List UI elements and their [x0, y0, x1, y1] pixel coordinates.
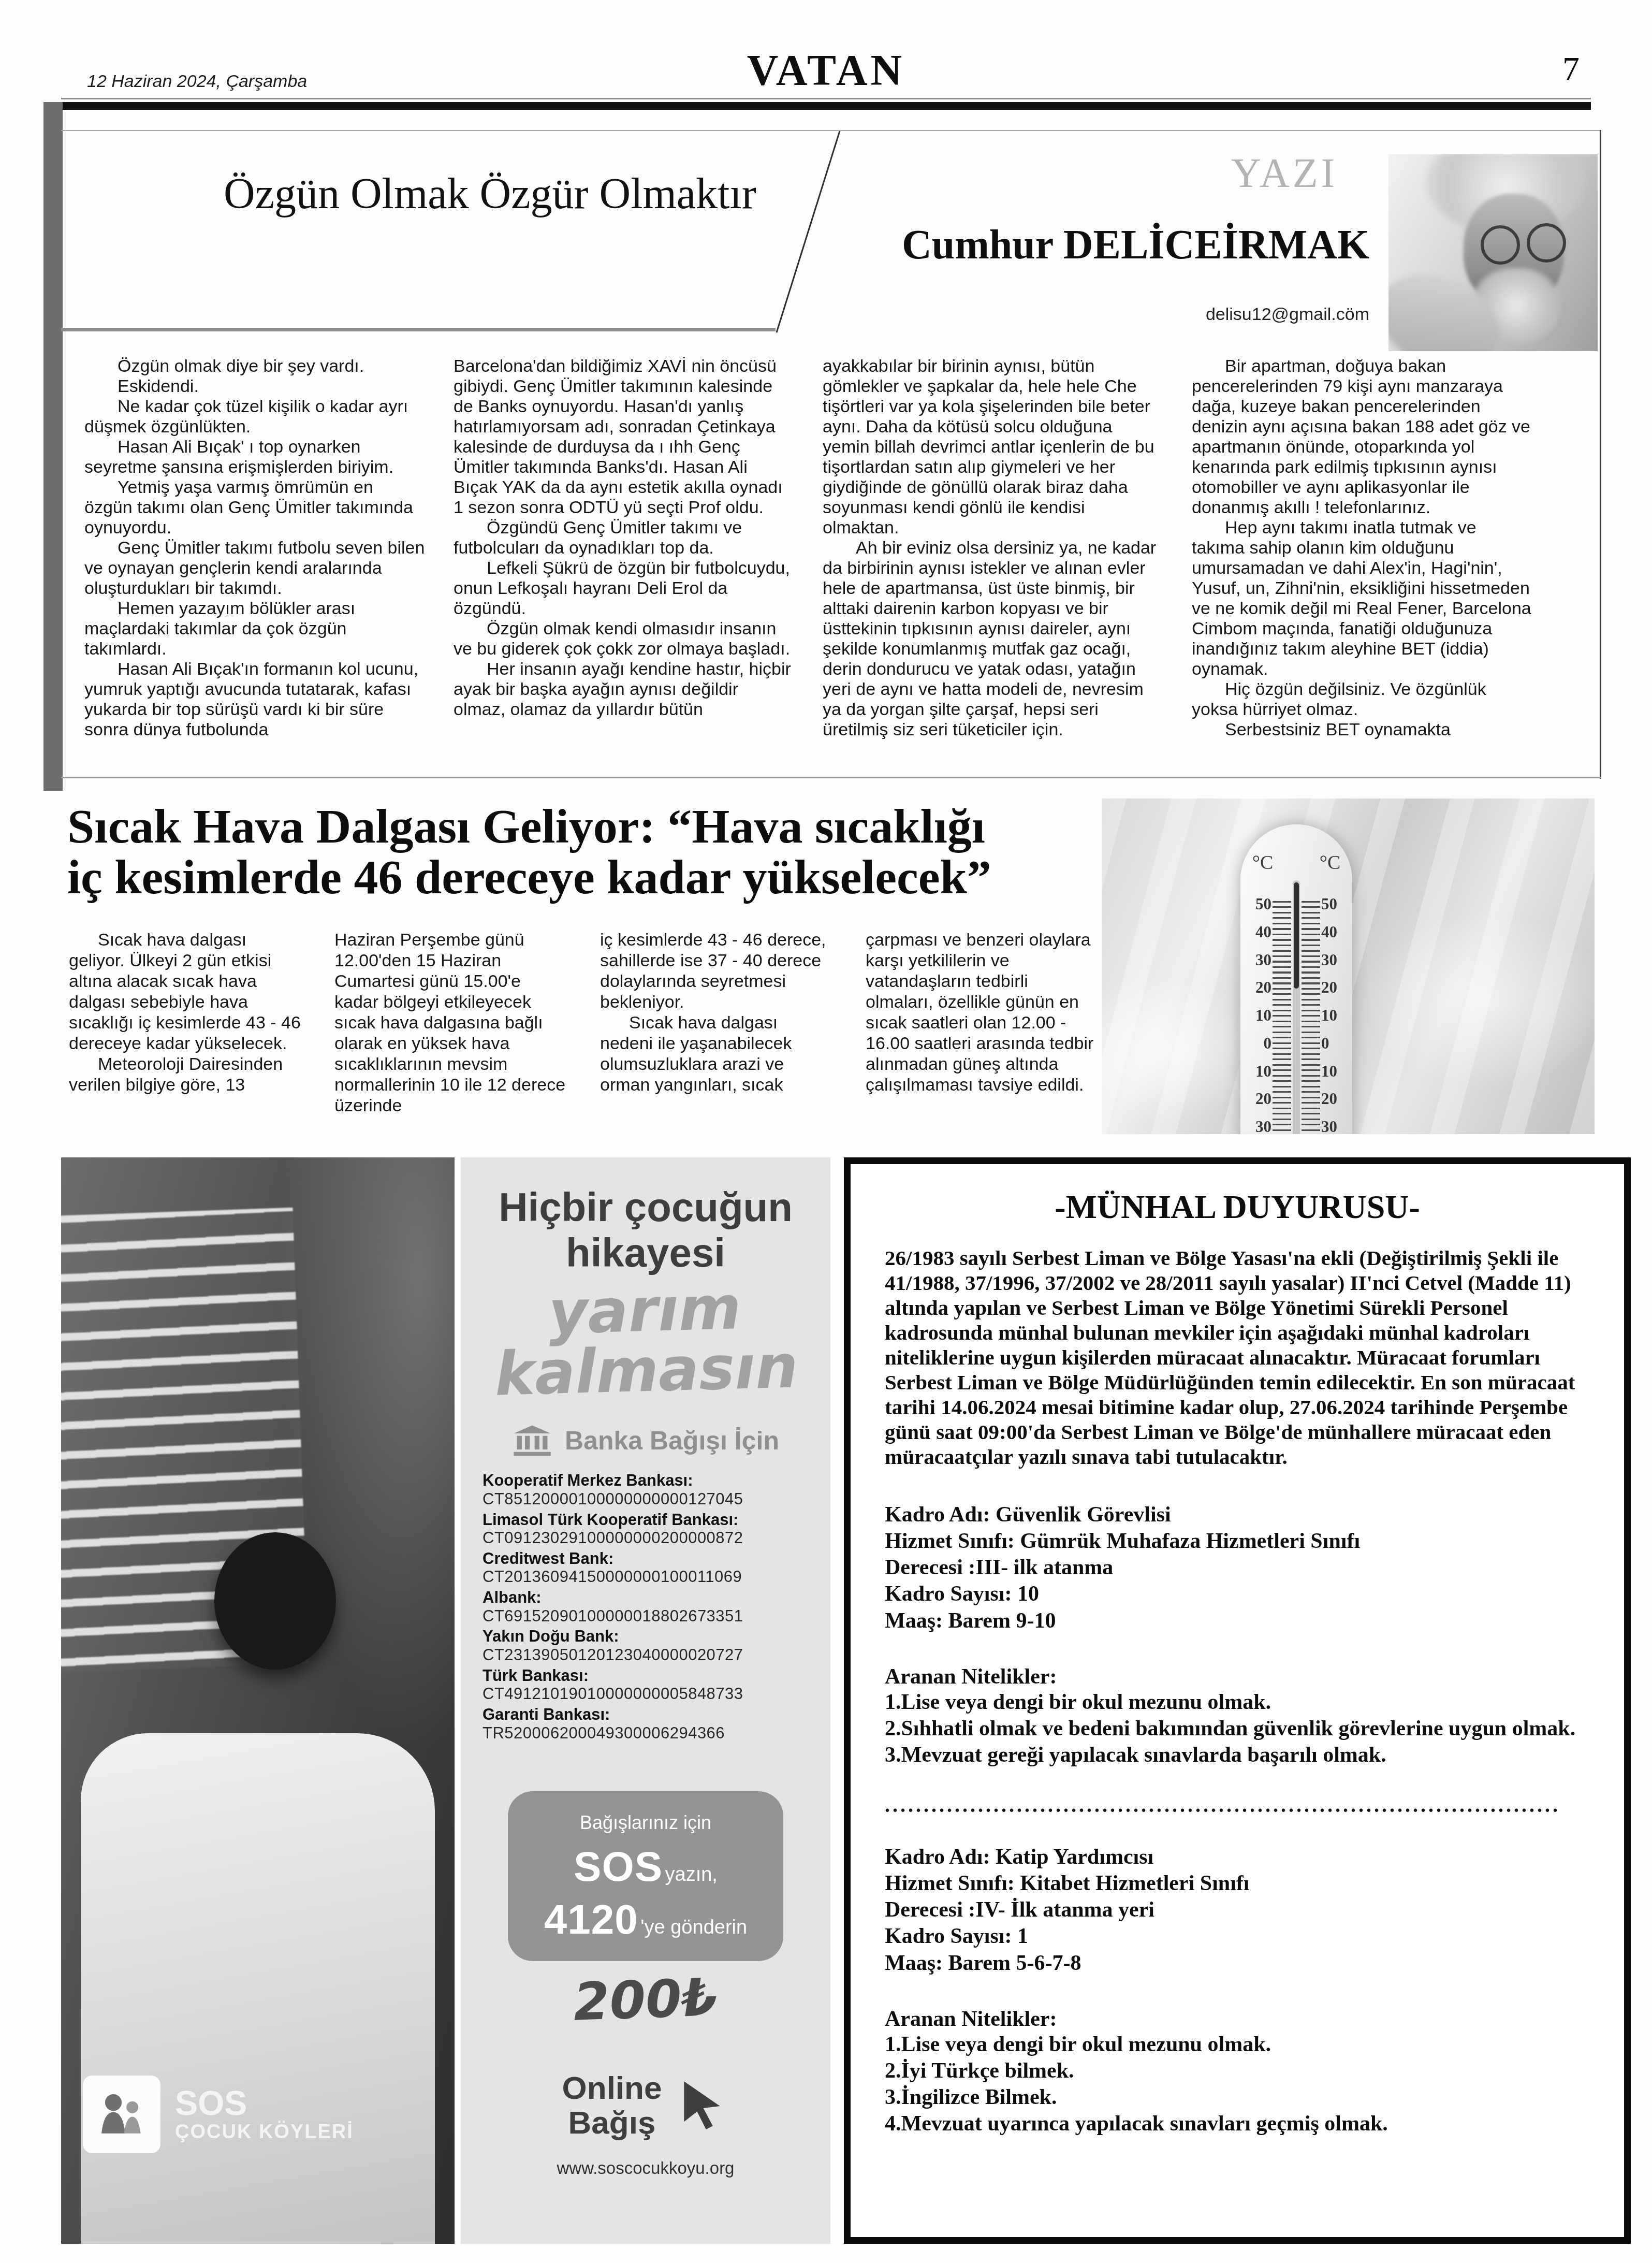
- celsius-label: °C: [1312, 851, 1348, 874]
- scale-number: 20: [1242, 978, 1271, 997]
- dotted-divider: ........................................…: [885, 1793, 1590, 1817]
- sos-cocuk-koyleri-logo: SOS ÇOCUK KÖYLERİ: [83, 2076, 354, 2153]
- job-detail-line: Hizmet Sınıfı: Gümrük Muhafaza Hizmetler…: [885, 1528, 1590, 1555]
- bank-account-number: CT23139050120123040000020727: [483, 1646, 809, 1664]
- heatwave-column-3: iç kesimlerde 43 - 46 derece, sahillerde…: [600, 930, 834, 1095]
- thermometer-mercury: [1294, 882, 1299, 989]
- paragraph: Sıcak hava dalgası geliyor. Ülkeyi 2 gün…: [69, 930, 303, 1054]
- paragraph: Her insanın ayağı kendine hastır, hiçbir…: [454, 659, 794, 720]
- paragraph: Ah bir eviniz olsa dersiniz ya, ne kadar…: [823, 538, 1163, 740]
- heatwave-headline: Sıcak Hava Dalgası Geliyor: “Hava sıcakl…: [67, 802, 1103, 903]
- author-photo: [1388, 154, 1598, 351]
- scale-number: 30: [1321, 1118, 1350, 1134]
- bank-name: Türk Bankası:: [483, 1666, 809, 1685]
- bank-account-item: Yakın Doğu Bank: CT231390501201230400000…: [483, 1627, 809, 1664]
- opinion-kicker: YAZI: [1231, 150, 1338, 197]
- online-donation-row: Online Bağış: [461, 2071, 830, 2141]
- opinion-author: Cumhur DELİCEİRMAK: [725, 222, 1369, 269]
- job-detail-line: Hizmet Sınıfı: Kitabet Hizmetleri Sınıfı: [885, 1870, 1590, 1897]
- thermometer-tube: °C °C 50403020100102030 5040302010010203…: [1240, 824, 1352, 1134]
- paragraph: Barcelona'dan bildiğimiz XAVİ nin öncüsü…: [454, 356, 794, 518]
- heatwave-column-2: Haziran Perşembe günü 12.00'den 15 Hazir…: [334, 930, 568, 1116]
- announcement-body: 26/1983 sayılı Serbest Liman ve Bölge Ya…: [885, 1246, 1590, 1470]
- paragraph: Hep aynı takımı inatla tutmak ve takıma …: [1192, 518, 1532, 679]
- paragraph: Özgün olmak kendi olmasıdır insanın ve b…: [454, 619, 794, 659]
- ad-headline-script: yarım kalmasın: [461, 1276, 830, 1406]
- paragraph: Hasan Ali Bıçak' ı top oynarken seyretme…: [84, 437, 425, 477]
- job-detail-line: Kadro Sayısı: 1: [885, 1923, 1590, 1950]
- job-2-requirements-title: Aranan Nitelikler:: [885, 2007, 1590, 2032]
- scale-number: 10: [1321, 1006, 1350, 1025]
- bank-account-item: Limasol Türk Kooperatif Bankası: CT09123…: [483, 1511, 809, 1547]
- requirement-line: 1.Lise veya dengi bir okul mezunu olmak.: [885, 2032, 1590, 2058]
- opinion-top-rule: [61, 130, 1601, 131]
- bank-account-number: CT09123029100000000200000872: [483, 1529, 809, 1547]
- bank-account-item: Garanti Bankası: TR520006200049300006294…: [483, 1705, 809, 1742]
- paragraph: Eskidendi.: [84, 376, 425, 397]
- paragraph: Sıcak hava dalgası nedeni ile yaşanabile…: [600, 1012, 834, 1095]
- job-detail-line: Maaş: Barem 5-6-7-8: [885, 1950, 1590, 1977]
- scale-numbers-right: 50403020100102030: [1321, 895, 1350, 1134]
- opinion-column-4: Bir apartman, doğuya bakan pencerelerind…: [1192, 356, 1532, 740]
- scale-number: 10: [1321, 1062, 1350, 1081]
- bank-donation-heading: Banka Bağışı İçin: [461, 1425, 830, 1457]
- scale-number: 20: [1321, 1090, 1350, 1108]
- vacancy-announcement-box: -MÜNHAL DUYURUSU- 26/1983 sayılı Serbest…: [844, 1157, 1631, 2244]
- sms-keyword-suffix: yazın,: [665, 1864, 718, 1885]
- header-rule-thin: [61, 98, 1591, 99]
- sms-intro: Bağışlarınız için: [516, 1812, 775, 1834]
- sos-children-villages-icon: [83, 2076, 160, 2153]
- opinion-column-2: Barcelona'dan bildiğimiz XAVİ nin öncüsü…: [454, 356, 794, 720]
- paragraph: Haziran Perşembe günü 12.00'den 15 Hazir…: [334, 930, 568, 1116]
- job-detail-line: Kadro Sayısı: 10: [885, 1581, 1590, 1607]
- celsius-label: °C: [1245, 851, 1281, 874]
- paragraph: iç kesimlerde 43 - 46 derece, sahillerde…: [600, 930, 834, 1012]
- bank-name: Garanti Bankası:: [483, 1705, 809, 1724]
- opinion-column-3: ayakkabılar bir birinin aynısı, bütün gö…: [823, 356, 1163, 740]
- bank-account-item: Kooperatif Merkez Bankası: CT85120000100…: [483, 1471, 809, 1508]
- sos-logo-subtitle: ÇOCUK KÖYLERİ: [175, 2121, 354, 2143]
- paragraph: Hasan Ali Bıçak'ın formanın kol ucunu, y…: [84, 659, 425, 740]
- scale-number: 50: [1242, 895, 1271, 913]
- job-1-requirements: 1.Lise veya dengi bir okul mezunu olmak.…: [885, 1689, 1590, 1769]
- light-glow-shape: [277, 1157, 455, 1755]
- paragraph: Yetmiş yaşa varmış ömrümün en özgün takı…: [84, 477, 425, 538]
- bank-name: Kooperatif Merkez Bankası:: [483, 1471, 809, 1490]
- opinion-column-1: Özgün olmak diye bir şey vardı.Eskidendi…: [84, 356, 425, 740]
- scale-number: 10: [1242, 1006, 1271, 1025]
- sms-keyword: SOS: [574, 1844, 663, 1890]
- opinion-author-email: delisu12@gmail.cöm: [955, 304, 1369, 325]
- bank-icon: [512, 1425, 552, 1457]
- announcement-title: -MÜNHAL DUYURUSU-: [885, 1188, 1590, 1226]
- opinion-title-rule: [61, 328, 776, 331]
- scale-ticks: [1273, 901, 1291, 1134]
- requirement-line: 3.İngilizce Bilmek.: [885, 2084, 1590, 2111]
- paragraph: Özgün olmak diye bir şey vardı.: [84, 356, 425, 376]
- left-margin-bar: [43, 102, 63, 791]
- newspaper-page: 12 Haziran 2024, Çarşamba VATAN 7 Özgün …: [0, 0, 1652, 2263]
- sms-keyword-line: SOS yazın,: [516, 1843, 775, 1891]
- thermometer-photo: °C °C 50403020100102030 5040302010010203…: [1102, 799, 1595, 1134]
- opinion-right-rule: [1600, 130, 1601, 779]
- child-head-silhouette: [214, 1532, 336, 1670]
- bank-name: Albank:: [483, 1588, 809, 1607]
- bank-account-item: Albank: CT69152090100000018802673351: [483, 1588, 809, 1625]
- scale-numbers-left: 50403020100102030: [1242, 895, 1271, 1134]
- sms-donation-box: Bağışlarınız için SOS yazın, 4120 'ye gö…: [508, 1791, 783, 1961]
- paragraph: Hemen yazayım bölükler arası maçlardaki …: [84, 599, 425, 659]
- bank-account-number: CT20136094150000000100011069: [483, 1568, 809, 1586]
- glasses-icon: [1527, 223, 1566, 263]
- scale-number: 40: [1321, 923, 1350, 941]
- masthead-title: VATAN: [0, 46, 1652, 96]
- scale-number: 30: [1242, 951, 1271, 969]
- bank-account-list: Kooperatif Merkez Bankası: CT85120000100…: [483, 1471, 809, 1742]
- page-number: 7: [1562, 50, 1580, 89]
- opinion-title: Özgün Olmak Özgür Olmaktır: [224, 169, 756, 219]
- donation-panel: Hiçbir çocuğun hikayesi yarım kalmasın B…: [461, 1157, 830, 2244]
- scale-number: 0: [1242, 1034, 1271, 1053]
- job-detail-line: Derecesi :IV- İlk atanma yeri: [885, 1897, 1590, 1923]
- scale-number: 30: [1242, 1118, 1271, 1134]
- paragraph: Özgündü Genç Ümitler takımı ve futbolcul…: [454, 518, 794, 558]
- paragraph: Serbestsiniz BET oynamakta: [1192, 720, 1532, 740]
- sms-number-suffix: 'ye gönderin: [640, 1917, 747, 1938]
- job-detail-line: Kadro Adı: Güvenlik Görevlisi: [885, 1502, 1590, 1528]
- bank-account-number: CT85120000100000000000127045: [483, 1490, 809, 1508]
- requirement-line: 2.İyi Türkçe bilmek.: [885, 2058, 1590, 2084]
- ad-headline-dark: Hiçbir çocuğun hikayesi: [461, 1184, 830, 1275]
- bank-account-item: Creditwest Bank: CT201360941500000001000…: [483, 1549, 809, 1586]
- bank-donation-label: Banka Bağışı İçin: [565, 1426, 779, 1456]
- scale-number: 50: [1321, 895, 1350, 913]
- charity-website-url: www.soscocukkoyu.org: [461, 2158, 830, 2178]
- bank-name: Creditwest Bank:: [483, 1549, 809, 1568]
- requirement-line: 2.Sıhhatli olmak ve bedeni bakımından gü…: [885, 1716, 1590, 1742]
- child-shirt-shape: [81, 1733, 435, 2244]
- scale-number: 40: [1242, 923, 1271, 941]
- heatwave-column-1: Sıcak hava dalgası geliyor. Ülkeyi 2 gün…: [69, 930, 303, 1095]
- scale-number: 20: [1321, 978, 1350, 997]
- bank-account-number: TR520006200049300006294366: [483, 1724, 809, 1743]
- requirement-line: 4.Mevzuat uyarınca yapılacak sınavları g…: [885, 2111, 1590, 2137]
- scale-number: 20: [1242, 1090, 1271, 1108]
- bank-account-number: CT69152090100000018802673351: [483, 1607, 809, 1626]
- scale-number: 30: [1321, 951, 1350, 969]
- requirement-line: 3.Mevzuat gereği yapılacak sınavlarda ba…: [885, 1742, 1590, 1768]
- job-detail-line: Kadro Adı: Katip Yardımcısı: [885, 1844, 1590, 1870]
- heatwave-column-4: çarpması ve benzeri olaylara karşı yetki…: [866, 930, 1100, 1095]
- paragraph: Meteoroloji Dairesinden verilen bilgiye …: [69, 1054, 303, 1095]
- job-1-requirements-title: Aranan Nitelikler:: [885, 1664, 1590, 1689]
- paragraph: ayakkabılar bir birinin aynısı, bütün gö…: [823, 356, 1163, 538]
- job-2-requirements: 1.Lise veya dengi bir okul mezunu olmak.…: [885, 2032, 1590, 2138]
- header-rule-thick: [61, 102, 1591, 110]
- mouse-cursor-icon: [675, 2079, 729, 2133]
- online-donation-label: Online Bağış: [562, 2071, 662, 2141]
- paragraph: çarpması ve benzeri olaylara karşı yetki…: [866, 930, 1100, 1095]
- job-2-details: Kadro Adı: Katip YardımcısıHizmet Sınıfı…: [885, 1844, 1590, 1977]
- job-1-details: Kadro Adı: Güvenlik GörevlisiHizmet Sını…: [885, 1502, 1590, 1634]
- donation-amount: 200₺: [461, 1963, 830, 2037]
- glasses-icon: [1481, 225, 1520, 265]
- bank-name: Yakın Doğu Bank:: [483, 1627, 809, 1646]
- paragraph: Bir apartman, doğuya bakan pencerelerind…: [1192, 356, 1532, 518]
- scale-number: 10: [1242, 1062, 1271, 1081]
- bank-name: Limasol Türk Kooperatif Bankası:: [483, 1511, 809, 1529]
- paragraph: Genç Ümitler takımı futbolu seven bilen …: [84, 538, 425, 599]
- opinion-bottom-rule: [61, 777, 1601, 778]
- requirement-line: 1.Lise veya dengi bir okul mezunu olmak.: [885, 1689, 1590, 1716]
- bank-account-number: CT49121019010000000005848733: [483, 1685, 809, 1703]
- bank-account-item: Türk Bankası: CT491210190100000000058487…: [483, 1666, 809, 1703]
- paragraph: Ne kadar çok tüzel kişilik o kadar ayrı …: [84, 397, 425, 437]
- job-detail-line: Maaş: Barem 9-10: [885, 1608, 1590, 1634]
- scale-ticks: [1302, 901, 1320, 1134]
- sms-number: 4120: [544, 1896, 638, 1942]
- paragraph: Hiç özgün değilsiniz. Ve özgünlük yoksa …: [1192, 679, 1532, 720]
- job-detail-line: Derecesi :III- ilk atanma: [885, 1555, 1590, 1581]
- sos-logo-text: SOS ÇOCUK KÖYLERİ: [175, 2085, 354, 2143]
- sms-number-line: 4120 'ye gönderin: [516, 1896, 775, 1943]
- scale-number: 0: [1321, 1034, 1350, 1053]
- paragraph: Lefkeli Şükrü de özgün bir futbolcuydu, …: [454, 558, 794, 619]
- sos-logo-name: SOS: [175, 2085, 354, 2121]
- charity-ad-photo: SOS ÇOCUK KÖYLERİ: [61, 1157, 455, 2244]
